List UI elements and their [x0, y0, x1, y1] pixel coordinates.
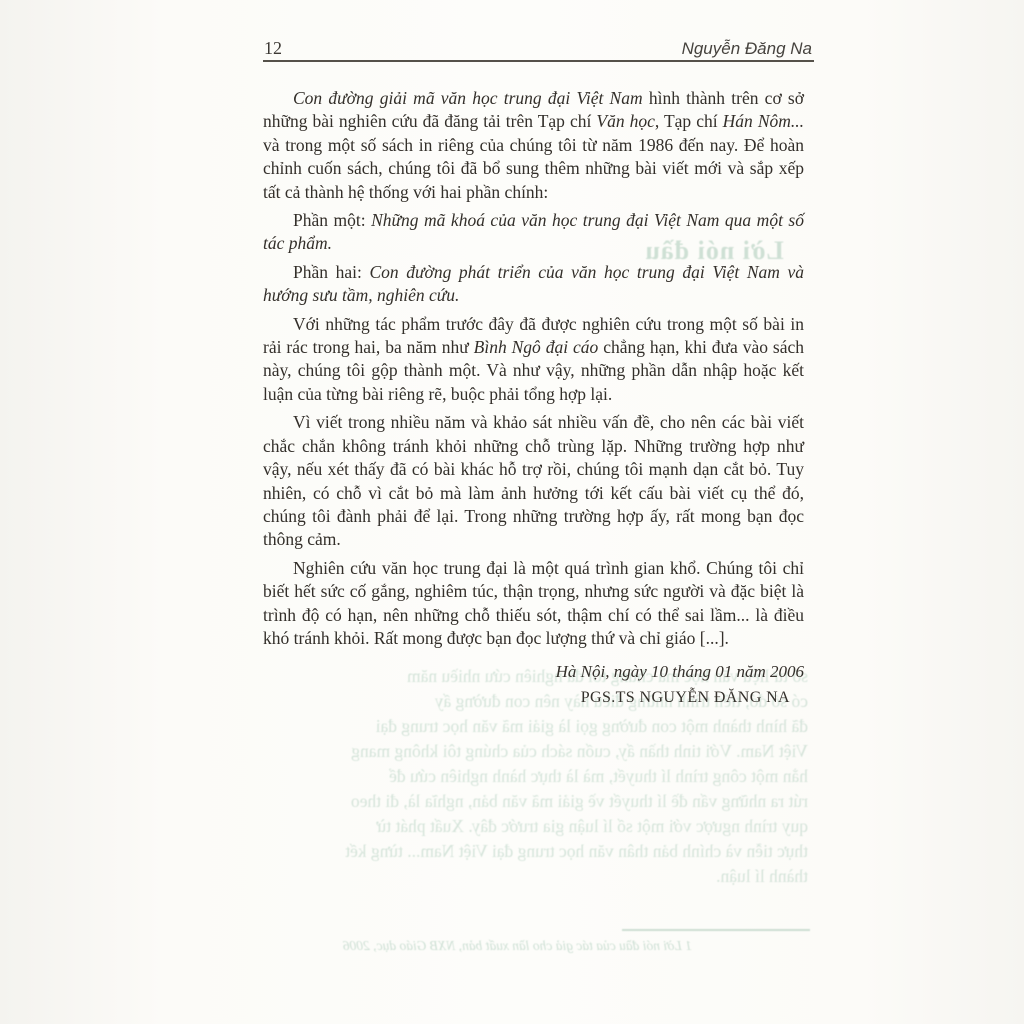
- paragraph: Nghiên cứu văn học trung đại là một quá …: [263, 557, 804, 651]
- page-number: 12: [264, 38, 282, 59]
- scanned-book-page: { "page": { "number": "12", "running_hea…: [0, 0, 1024, 1024]
- body-text: Con đường giải mã văn học trung đại Việt…: [263, 87, 804, 707]
- signature-dateline: Hà Nội, ngày 10 tháng 01 năm 2006: [263, 662, 804, 682]
- paragraph: Con đường giải mã văn học trung đại Việt…: [263, 87, 804, 204]
- signature-block: Hà Nội, ngày 10 tháng 01 năm 2006PGS.TS …: [263, 662, 804, 707]
- paragraph: Với những tác phẩm trước đây đã được ngh…: [263, 313, 804, 407]
- paragraph: Phần một: Những mã khoá của văn học trun…: [263, 209, 804, 256]
- paragraph: Phần hai: Con đường phát triển của văn h…: [263, 261, 804, 308]
- page-header: 12 Nguyễn Đăng Na: [264, 38, 812, 59]
- signature-author: PGS.TS NGUYỄN ĐĂNG NA: [263, 689, 804, 707]
- header-rule: [263, 60, 814, 62]
- running-head-author: Nguyễn Đăng Na: [682, 39, 812, 59]
- paragraph: Vì viết trong nhiều năm và khảo sát nhiề…: [263, 411, 804, 551]
- printed-page-layer: 12 Nguyễn Đăng Na Con đường giải mã văn …: [0, 0, 1024, 1024]
